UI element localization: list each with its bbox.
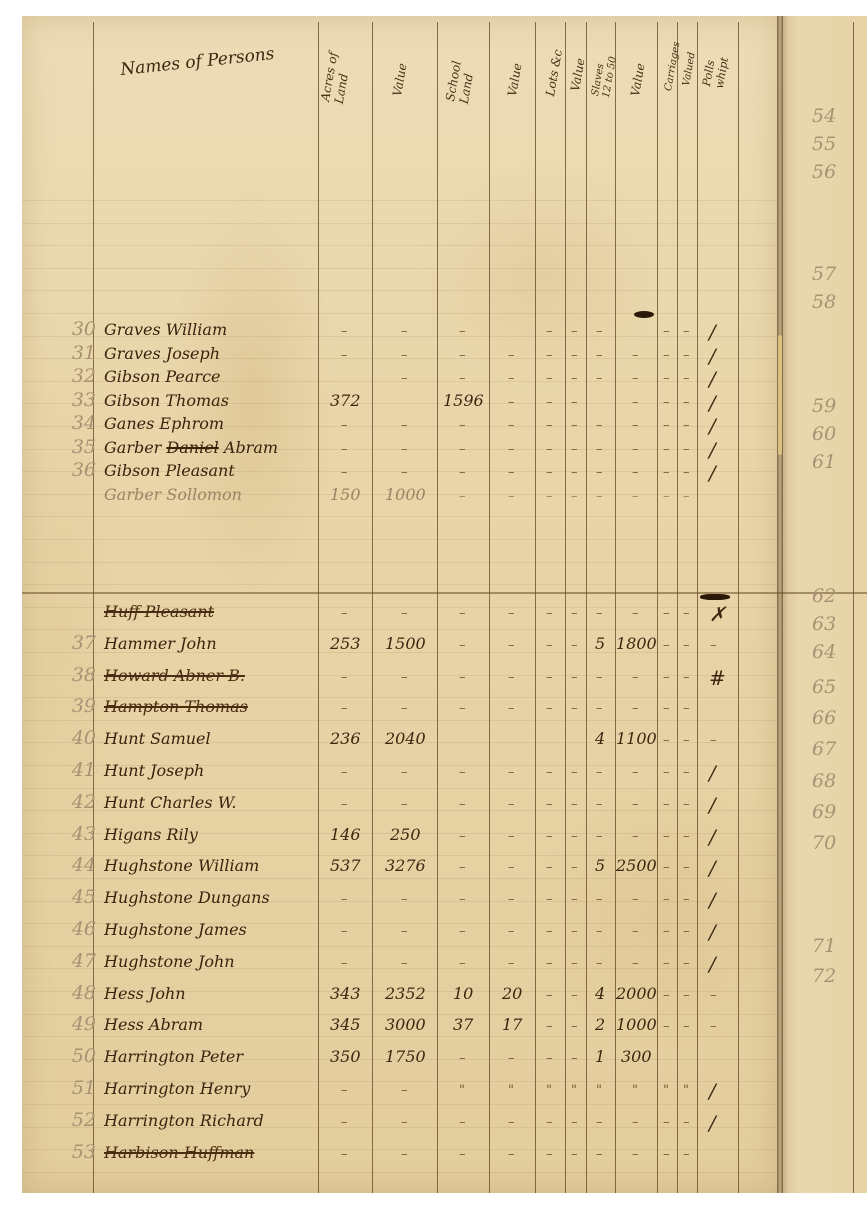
- cell-acres: 343: [330, 984, 361, 1003]
- cell-value: –: [401, 442, 408, 457]
- row-number: 37: [52, 632, 96, 654]
- cell-lots: –: [546, 988, 553, 1003]
- cell-slaves: 4: [595, 729, 605, 748]
- cell-slvalue: –: [632, 442, 639, 457]
- cell-slvalue: –: [632, 395, 639, 410]
- facing-row-number: 62: [812, 585, 836, 607]
- cell-carr: –: [663, 324, 670, 339]
- cell-svalue: –: [508, 860, 515, 875]
- cell-carr: –: [663, 442, 670, 457]
- facing-row-number: 59: [812, 395, 836, 417]
- ruled-line: [22, 223, 777, 224]
- cell-acres: 146: [330, 825, 361, 844]
- cell-slvalue: 1800: [616, 634, 657, 653]
- cell-lots: –: [546, 892, 553, 907]
- cell-slvalue: ": [632, 1083, 638, 1098]
- cell-value: 2352: [385, 984, 426, 1003]
- row-number: 35: [52, 436, 96, 458]
- facing-row-number: 67: [812, 738, 836, 760]
- cell-slaves: –: [596, 1147, 603, 1162]
- person-name: Garber Daniel Abram: [104, 438, 278, 457]
- cell-lots: –: [546, 1147, 553, 1162]
- facing-row-number: 64: [812, 641, 836, 663]
- cell-lots: –: [546, 418, 553, 433]
- ruled-line: [22, 516, 777, 517]
- cell-school: –: [459, 1147, 466, 1162]
- cell-polls: /: [709, 461, 716, 485]
- cell-cval: –: [683, 348, 690, 363]
- cell-acres: 350: [330, 1047, 361, 1066]
- cell-slaves: ": [596, 1083, 602, 1098]
- row-number: 33: [52, 389, 96, 411]
- cell-slaves: –: [596, 489, 603, 504]
- cell-acres: –: [341, 797, 348, 812]
- cell-svalue: –: [508, 606, 515, 621]
- row-number: 39: [52, 695, 96, 717]
- cell-school: –: [459, 701, 466, 716]
- cell-value: –: [401, 701, 408, 716]
- cell-svalue: –: [508, 829, 515, 844]
- cell-slaves: 4: [595, 984, 605, 1003]
- row-number: 36: [52, 459, 96, 481]
- cell-acres: 537: [330, 856, 361, 875]
- person-name: Huff Pleasant: [104, 602, 214, 621]
- cell-svalue: 20: [502, 984, 522, 1003]
- ledger-row: 37Hammer John2531500––––51800–––: [0, 632, 867, 660]
- cell-polls: /: [709, 952, 716, 976]
- cell-lvalue: ": [571, 1083, 577, 1098]
- cell-svalue: –: [508, 371, 515, 386]
- cell-slaves: –: [596, 956, 603, 971]
- row-number: 44: [52, 854, 96, 876]
- cell-slvalue: –: [632, 465, 639, 480]
- person-name: Hess John: [104, 984, 186, 1003]
- cell-lvalue: –: [571, 489, 578, 504]
- cell-polls: /: [709, 414, 716, 438]
- cell-lvalue: –: [571, 797, 578, 812]
- cell-school: ": [459, 1083, 465, 1098]
- person-name: Howard Abner B.: [104, 666, 245, 685]
- cell-lvalue: –: [571, 1115, 578, 1130]
- cell-cval: –: [683, 395, 690, 410]
- cell-cval: –: [683, 670, 690, 685]
- cell-school: –: [459, 956, 466, 971]
- cell-slvalue: 1100: [616, 729, 657, 748]
- cell-acres: –: [341, 924, 348, 939]
- facing-row-number: 65: [812, 676, 836, 698]
- cell-value: –: [401, 324, 408, 339]
- cell-lots: –: [546, 829, 553, 844]
- ledger-row: 38Howard Abner B.––––––––––#: [0, 664, 867, 692]
- cell-carr: –: [663, 418, 670, 433]
- ruled-line: [22, 788, 777, 789]
- cell-lvalue: –: [571, 892, 578, 907]
- cell-school: –: [459, 324, 466, 339]
- ruled-line: [22, 200, 777, 201]
- cell-acres: 345: [330, 1015, 361, 1034]
- cell-value: –: [401, 371, 408, 386]
- cell-svalue: –: [508, 465, 515, 480]
- ink-blot: [634, 311, 654, 318]
- cell-acres: –: [341, 442, 348, 457]
- cell-acres: –: [341, 1083, 348, 1098]
- cell-acres: –: [341, 765, 348, 780]
- cell-lots: –: [546, 797, 553, 812]
- ledger-row: 53Harbison Huffman––––––––––: [0, 1141, 867, 1169]
- cell-carr: –: [663, 489, 670, 504]
- cell-polls: /: [709, 438, 716, 462]
- cell-polls: –: [710, 638, 717, 653]
- cell-polls: /: [709, 391, 716, 415]
- cell-carr: –: [663, 892, 670, 907]
- cell-lvalue: –: [571, 765, 578, 780]
- ruled-line: [22, 268, 777, 269]
- cell-slvalue: –: [632, 348, 639, 363]
- person-name: Hughstone James: [104, 920, 247, 939]
- cell-lvalue: –: [571, 701, 578, 716]
- cell-cval: –: [683, 733, 690, 748]
- person-name: Hess Abram: [104, 1015, 203, 1034]
- header-polls: Polls whipt: [700, 54, 731, 90]
- ruled-line: [22, 1172, 777, 1173]
- cell-slvalue: –: [632, 765, 639, 780]
- person-name: Harrington Richard: [104, 1111, 264, 1130]
- cell-carr: –: [663, 371, 670, 386]
- cell-slvalue: –: [632, 1115, 639, 1130]
- cell-acres: –: [341, 670, 348, 685]
- cell-lvalue: –: [571, 606, 578, 621]
- cell-svalue: –: [508, 797, 515, 812]
- row-number: 34: [52, 412, 96, 434]
- cell-polls: /: [709, 856, 716, 880]
- cell-lvalue: –: [571, 860, 578, 875]
- ruled-line: [22, 539, 777, 540]
- cell-carr: ": [663, 1083, 669, 1098]
- ledger-row: 49Hess Abram34530003717––21000–––: [0, 1013, 867, 1041]
- cell-slaves: –: [596, 892, 603, 907]
- ruled-line: [22, 313, 777, 314]
- cell-svalue: –: [508, 418, 515, 433]
- facing-row-number: 55: [812, 133, 836, 155]
- ledger-row: 48Hess John34323521020––42000–––: [0, 982, 867, 1010]
- cell-lots: ": [546, 1083, 552, 1098]
- cell-lvalue: –: [571, 670, 578, 685]
- ruled-line: [22, 562, 777, 563]
- cell-lvalue: –: [571, 324, 578, 339]
- person-name: Gibson Thomas: [104, 391, 229, 410]
- cell-lvalue: –: [571, 1147, 578, 1162]
- cell-school: –: [459, 418, 466, 433]
- row-number: 40: [52, 727, 96, 749]
- row-number: 49: [52, 1013, 96, 1035]
- cell-value: –: [401, 1115, 408, 1130]
- row-number: 41: [52, 759, 96, 781]
- ledger-row: Garber Sollomon1501000––––––––: [0, 483, 867, 511]
- cell-value: 3000: [385, 1015, 426, 1034]
- cell-cval: –: [683, 924, 690, 939]
- ruled-line: [22, 245, 777, 246]
- cell-slvalue: –: [632, 829, 639, 844]
- ledger-row: 51Harrington Henry––""""""""/: [0, 1077, 867, 1105]
- person-name: Hughstone John: [104, 952, 235, 971]
- cell-cval: –: [683, 606, 690, 621]
- row-number: 38: [52, 664, 96, 686]
- person-name: Hampton Thomas: [104, 697, 248, 716]
- cell-slvalue: –: [632, 701, 639, 716]
- row-number: 32: [52, 365, 96, 387]
- cell-lots: –: [546, 924, 553, 939]
- cell-polls: –: [710, 733, 717, 748]
- cell-lots: –: [546, 670, 553, 685]
- cell-lots: –: [546, 638, 553, 653]
- row-number: 51: [52, 1077, 96, 1099]
- cell-acres: 372: [330, 391, 361, 410]
- cell-svalue: 17: [502, 1015, 522, 1034]
- cell-school: –: [459, 348, 466, 363]
- cell-cval: –: [683, 892, 690, 907]
- cell-carr: –: [663, 733, 670, 748]
- cell-lots: –: [546, 1019, 553, 1034]
- cell-lvalue: –: [571, 638, 578, 653]
- ledger-row: 44Hughstone William5373276––––52500––/: [0, 854, 867, 882]
- person-name: Hammer John: [104, 634, 217, 653]
- cell-acres: 150: [330, 485, 361, 504]
- facing-row-number: 54: [812, 105, 836, 127]
- cell-value: 250: [390, 825, 421, 844]
- ledger-row: Huff Pleasant––––––––––✗: [0, 600, 867, 628]
- facing-row-number: 63: [812, 613, 836, 635]
- cell-lvalue: –: [571, 1019, 578, 1034]
- cell-carr: –: [663, 765, 670, 780]
- cell-slaves: –: [596, 606, 603, 621]
- cell-carr: –: [663, 1019, 670, 1034]
- cell-carr: –: [663, 465, 670, 480]
- facing-row-number: 57: [812, 263, 836, 285]
- cell-lots: –: [546, 442, 553, 457]
- cell-svalue: –: [508, 924, 515, 939]
- cell-cval: –: [683, 1147, 690, 1162]
- cell-carr: –: [663, 348, 670, 363]
- cell-lvalue: –: [571, 395, 578, 410]
- cell-carr: –: [663, 797, 670, 812]
- cell-slvalue: –: [632, 371, 639, 386]
- cell-acres: –: [341, 324, 348, 339]
- cell-polls: /: [709, 367, 716, 391]
- ledger-row: 41Hunt Joseph––––––––––/: [0, 759, 867, 787]
- person-name: Hunt Joseph: [104, 761, 204, 780]
- person-name: Garber Sollomon: [104, 485, 242, 504]
- cell-acres: –: [341, 1115, 348, 1130]
- cell-value: –: [401, 418, 408, 433]
- cell-lots: –: [546, 606, 553, 621]
- cell-slaves: –: [596, 924, 603, 939]
- cell-polls: /: [709, 1079, 716, 1103]
- facing-row-number: 61: [812, 451, 836, 473]
- cell-school: –: [459, 797, 466, 812]
- cell-carr: –: [663, 860, 670, 875]
- struck-name-part: Daniel: [166, 438, 218, 457]
- ruled-line: [22, 629, 777, 630]
- cell-cval: –: [683, 860, 690, 875]
- cell-acres: –: [341, 465, 348, 480]
- cell-slvalue: –: [632, 797, 639, 812]
- cell-slaves: –: [596, 701, 603, 716]
- cell-carr: –: [663, 988, 670, 1003]
- facing-row-number: 58: [812, 291, 836, 313]
- cell-acres: –: [341, 956, 348, 971]
- cell-slaves: –: [596, 765, 603, 780]
- cell-cval: –: [683, 765, 690, 780]
- cell-cval: –: [683, 465, 690, 480]
- cell-value: –: [401, 348, 408, 363]
- cell-slaves: –: [596, 829, 603, 844]
- cell-value: –: [401, 765, 408, 780]
- row-number: 45: [52, 886, 96, 908]
- cell-slaves: –: [596, 324, 603, 339]
- cell-slvalue: 2000: [616, 984, 657, 1003]
- cell-svalue: –: [508, 1051, 515, 1066]
- cell-slaves: –: [596, 1115, 603, 1130]
- cell-svalue: –: [508, 670, 515, 685]
- row-number: 53: [52, 1141, 96, 1163]
- cell-acres: –: [341, 418, 348, 433]
- person-name: Harrington Henry: [104, 1079, 250, 1098]
- cell-cval: –: [683, 324, 690, 339]
- cell-lvalue: –: [571, 988, 578, 1003]
- cell-polls: /: [709, 920, 716, 944]
- cell-lots: –: [546, 348, 553, 363]
- cell-school: –: [459, 1115, 466, 1130]
- cell-value: 1000: [385, 485, 426, 504]
- cell-value: –: [401, 1147, 408, 1162]
- cell-school: –: [459, 829, 466, 844]
- cell-polls: /: [709, 825, 716, 849]
- cell-lots: –: [546, 371, 553, 386]
- ruled-line: [22, 584, 777, 585]
- ledger-row: 40Hunt Samuel236204041100–––: [0, 727, 867, 755]
- cell-polls: #: [709, 666, 726, 690]
- cell-svalue: ": [508, 1083, 514, 1098]
- cell-lvalue: –: [571, 442, 578, 457]
- cell-svalue: –: [508, 892, 515, 907]
- cell-value: –: [401, 606, 408, 621]
- cell-carr: –: [663, 638, 670, 653]
- cell-polls: –: [710, 988, 717, 1003]
- cell-lvalue: –: [571, 956, 578, 971]
- person-name: Harrington Peter: [104, 1047, 243, 1066]
- facing-row-number: 60: [812, 423, 836, 445]
- facing-row-number: 71: [812, 935, 836, 957]
- cell-value: 2040: [385, 729, 426, 748]
- cell-school: –: [459, 638, 466, 653]
- row-number: 31: [52, 342, 96, 364]
- person-name: Hughstone William: [104, 856, 259, 875]
- cell-value: –: [401, 892, 408, 907]
- cell-cval: –: [683, 1019, 690, 1034]
- cell-polls: /: [709, 320, 716, 344]
- facing-row-number: 69: [812, 801, 836, 823]
- person-name: Graves William: [104, 320, 227, 339]
- cell-slvalue: 1000: [616, 1015, 657, 1034]
- cell-cval: –: [683, 489, 690, 504]
- row-number: 46: [52, 918, 96, 940]
- facing-row-number: 70: [812, 832, 836, 854]
- cell-acres: –: [341, 701, 348, 716]
- cell-school: –: [459, 1051, 466, 1066]
- person-name: Gibson Pleasant: [104, 461, 235, 480]
- person-name: Higans Rily: [104, 825, 198, 844]
- cell-acres: –: [341, 606, 348, 621]
- cell-slaves: 5: [595, 856, 605, 875]
- cell-acres: –: [341, 892, 348, 907]
- cell-svalue: –: [508, 489, 515, 504]
- cell-school: –: [459, 465, 466, 480]
- ledger-row: 52Harrington Richard––––––––––/: [0, 1109, 867, 1137]
- cell-lots: –: [546, 1115, 553, 1130]
- cell-slaves: 1: [595, 1047, 605, 1066]
- cell-value: –: [401, 465, 408, 480]
- cell-slaves: 2: [595, 1015, 605, 1034]
- page-fold: [22, 592, 867, 594]
- cell-value: –: [401, 1083, 408, 1098]
- cell-school: –: [459, 892, 466, 907]
- cell-slaves: –: [596, 348, 603, 363]
- person-name: Harbison Huffman: [104, 1143, 254, 1162]
- row-number: 50: [52, 1045, 96, 1067]
- cell-cval: –: [683, 829, 690, 844]
- cell-carr: –: [663, 606, 670, 621]
- cell-value: –: [401, 797, 408, 812]
- ledger-row: 46Hughstone James––––––––––/: [0, 918, 867, 946]
- cell-lvalue: –: [571, 371, 578, 386]
- cell-lots: –: [546, 324, 553, 339]
- cell-cval: –: [683, 701, 690, 716]
- cell-carr: –: [663, 829, 670, 844]
- cell-value: 1500: [385, 634, 426, 653]
- row-number: 52: [52, 1109, 96, 1131]
- cell-polls: /: [709, 888, 716, 912]
- cell-slvalue: 2500: [616, 856, 657, 875]
- cell-polls: /: [709, 761, 716, 785]
- cell-school: –: [459, 924, 466, 939]
- cell-acres: –: [341, 1147, 348, 1162]
- cell-lvalue: –: [571, 924, 578, 939]
- cell-carr: –: [663, 395, 670, 410]
- cell-acres: 236: [330, 729, 361, 748]
- person-name: Gibson Pearce: [104, 367, 221, 386]
- ink-blot: [700, 594, 730, 600]
- cell-slvalue: –: [632, 489, 639, 504]
- cell-value: 3276: [385, 856, 426, 875]
- cell-school: –: [459, 765, 466, 780]
- cell-cval: –: [683, 371, 690, 386]
- ruled-line: [22, 290, 777, 291]
- person-name: Graves Joseph: [104, 344, 220, 363]
- ledger-row: 42Hunt Charles W.––––––––––/: [0, 791, 867, 819]
- cell-lvalue: –: [571, 829, 578, 844]
- cell-cval: –: [683, 442, 690, 457]
- cell-slaves: –: [596, 797, 603, 812]
- cell-cval: –: [683, 418, 690, 433]
- cell-slaves: –: [596, 442, 603, 457]
- cell-acres: –: [341, 348, 348, 363]
- cell-polls: /: [709, 793, 716, 817]
- cell-lvalue: –: [571, 418, 578, 433]
- ledger-row: 50Harrington Peter3501750––––1300: [0, 1045, 867, 1073]
- cell-svalue: –: [508, 701, 515, 716]
- cell-svalue: –: [508, 765, 515, 780]
- cell-school: 1596: [443, 391, 484, 410]
